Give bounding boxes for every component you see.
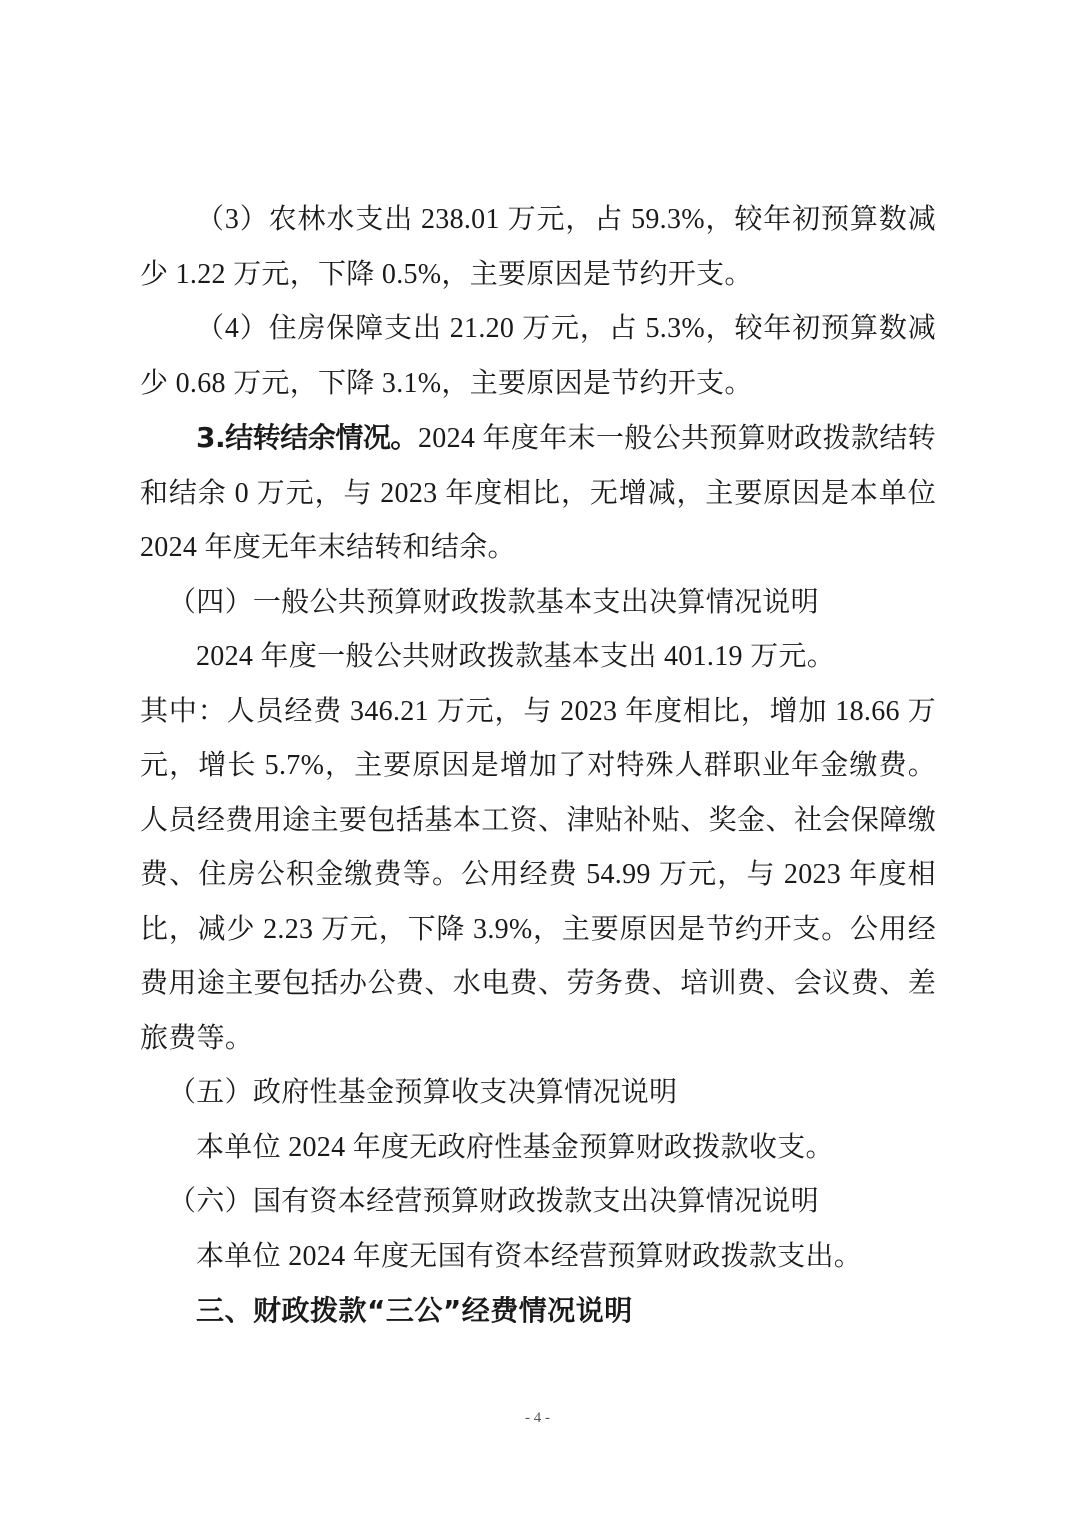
paragraph-agriculture-expenditure: （3）农林水支出 238.01 万元，占 59.3%，较年初预算数减少 1.22… [140, 193, 936, 302]
section4-total-line: 2024 年度一般公共财政拨款基本支出 401.19 万元。 [140, 630, 936, 685]
paragraph-carryover: 3.结转结余情况。2024 年度年末一般公共预算财政拨款结转和结余 0 万元，与… [140, 411, 936, 576]
section4-body: 其中：人员经费 346.21 万元，与 2023 年度相比，增加 18.66 万… [140, 685, 936, 1067]
page-number: - 4 - [0, 1410, 1075, 1427]
section6-body: 本单位 2024 年度无国有资本经营预算财政拨款支出。 [140, 1230, 936, 1285]
section5-body: 本单位 2024 年度无政府性基金预算财政拨款收支。 [140, 1121, 936, 1176]
carryover-lead-heading: 3.结转结余情况。 [196, 421, 418, 454]
section6-heading: （六）国有资本经营预算财政拨款支出决算情况说明 [140, 1175, 936, 1230]
paragraph-housing-expenditure: （4）住房保障支出 21.20 万元，占 5.3%，较年初预算数减少 0.68 … [140, 302, 936, 411]
part3-heading: 三、财政拨款“三公”经费情况说明 [140, 1284, 936, 1339]
section5-heading: （五）政府性基金预算收支决算情况说明 [140, 1066, 936, 1121]
section4-heading: （四）一般公共预算财政拨款基本支出决算情况说明 [140, 576, 936, 631]
document-page: （3）农林水支出 238.01 万元，占 59.3%，较年初预算数减少 1.22… [140, 193, 936, 1339]
